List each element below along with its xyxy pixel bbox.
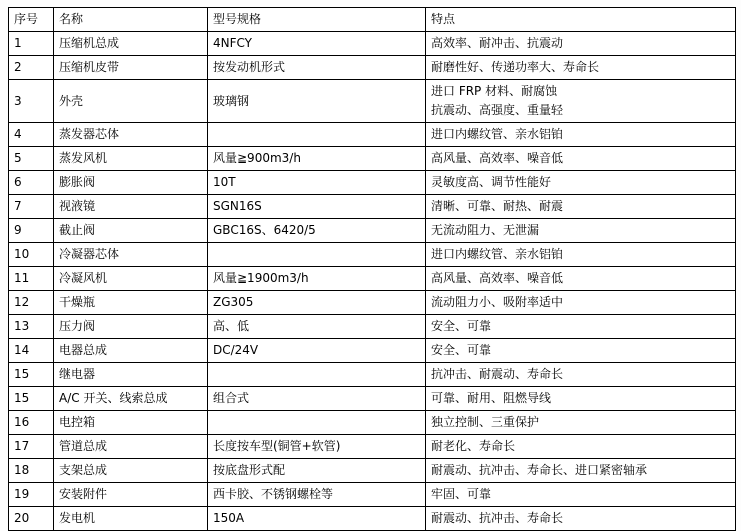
table-row: 10冷凝器芯体进口内螺纹管、亲水铝铂 <box>9 243 736 267</box>
table-row: 18支架总成按底盘形式配耐震动、抗冲击、寿命长、进口紧密轴承 <box>9 459 736 483</box>
cell-features: 进口 FRP 材料、耐腐蚀 抗震动、高强度、重量轻 <box>426 80 736 123</box>
table-row: 6膨胀阀10T灵敏度高、调节性能好 <box>9 171 736 195</box>
cell-spec: 高、低 <box>208 315 426 339</box>
cell-name: 压力阀 <box>54 315 208 339</box>
cell-no: 9 <box>9 219 54 243</box>
cell-name: 蒸发器芯体 <box>54 123 208 147</box>
cell-no: 1 <box>9 32 54 56</box>
cell-features: 灵敏度高、调节性能好 <box>426 171 736 195</box>
table-row: 13压力阀高、低安全、可靠 <box>9 315 736 339</box>
cell-spec: 150A <box>208 507 426 531</box>
header-row: 序号 名称 型号规格 特点 <box>9 8 736 32</box>
cell-no: 7 <box>9 195 54 219</box>
cell-spec: 西卡胶、不锈钢螺栓等 <box>208 483 426 507</box>
cell-spec: 按底盘形式配 <box>208 459 426 483</box>
cell-spec: SGN16S <box>208 195 426 219</box>
cell-features: 耐磨性好、传递功率大、寿命长 <box>426 56 736 80</box>
cell-features: 流动阻力小、吸附率适中 <box>426 291 736 315</box>
spec-table: 序号 名称 型号规格 特点 1压缩机总成4NFCY高效率、耐冲击、抗震动2压缩机… <box>8 7 736 531</box>
cell-spec <box>208 363 426 387</box>
table-row: 15A/C 开关、线索总成组合式可靠、耐用、阻燃导线 <box>9 387 736 411</box>
cell-name: 电控箱 <box>54 411 208 435</box>
cell-spec: 10T <box>208 171 426 195</box>
cell-spec <box>208 411 426 435</box>
cell-no: 17 <box>9 435 54 459</box>
cell-no: 13 <box>9 315 54 339</box>
cell-name: 安装附件 <box>54 483 208 507</box>
cell-features: 清晰、可靠、耐热、耐震 <box>426 195 736 219</box>
cell-no: 2 <box>9 56 54 80</box>
cell-spec: 按发动机形式 <box>208 56 426 80</box>
table-row: 4蒸发器芯体进口内螺纹管、亲水铝铂 <box>9 123 736 147</box>
cell-spec: 长度按车型(铜管+软管) <box>208 435 426 459</box>
header-spec: 型号规格 <box>208 8 426 32</box>
cell-no: 20 <box>9 507 54 531</box>
cell-no: 3 <box>9 80 54 123</box>
cell-features: 高效率、耐冲击、抗震动 <box>426 32 736 56</box>
table-row: 20发电机150A耐震动、抗冲击、寿命长 <box>9 507 736 531</box>
cell-spec <box>208 123 426 147</box>
header-name: 名称 <box>54 8 208 32</box>
cell-features: 耐震动、抗冲击、寿命长、进口紧密轴承 <box>426 459 736 483</box>
cell-name: 视液镜 <box>54 195 208 219</box>
spec-table-body: 1压缩机总成4NFCY高效率、耐冲击、抗震动2压缩机皮带按发动机形式耐磨性好、传… <box>9 32 736 531</box>
table-row: 17管道总成长度按车型(铜管+软管)耐老化、寿命长 <box>9 435 736 459</box>
header-features: 特点 <box>426 8 736 32</box>
cell-no: 15 <box>9 363 54 387</box>
cell-features: 高风量、高效率、噪音低 <box>426 147 736 171</box>
header-no: 序号 <box>9 8 54 32</box>
table-row: 7视液镜SGN16S清晰、可靠、耐热、耐震 <box>9 195 736 219</box>
cell-name: 干燥瓶 <box>54 291 208 315</box>
cell-spec: 风量≧900m3/h <box>208 147 426 171</box>
table-row: 19安装附件西卡胶、不锈钢螺栓等牢固、可靠 <box>9 483 736 507</box>
cell-spec: ZG305 <box>208 291 426 315</box>
cell-spec: 玻璃钢 <box>208 80 426 123</box>
table-row: 14电器总成DC/24V安全、可靠 <box>9 339 736 363</box>
cell-spec: GBC16S、6420/5 <box>208 219 426 243</box>
cell-features: 安全、可靠 <box>426 315 736 339</box>
cell-no: 6 <box>9 171 54 195</box>
cell-name: 继电器 <box>54 363 208 387</box>
cell-name: 外壳 <box>54 80 208 123</box>
cell-name: 压缩机皮带 <box>54 56 208 80</box>
cell-name: 蒸发风机 <box>54 147 208 171</box>
cell-name: 膨胀阀 <box>54 171 208 195</box>
cell-spec: DC/24V <box>208 339 426 363</box>
cell-no: 4 <box>9 123 54 147</box>
cell-features: 进口内螺纹管、亲水铝铂 <box>426 123 736 147</box>
cell-name: 电器总成 <box>54 339 208 363</box>
cell-features: 耐震动、抗冲击、寿命长 <box>426 507 736 531</box>
cell-features: 可靠、耐用、阻燃导线 <box>426 387 736 411</box>
cell-features: 安全、可靠 <box>426 339 736 363</box>
table-row: 5蒸发风机风量≧900m3/h高风量、高效率、噪音低 <box>9 147 736 171</box>
table-row: 2压缩机皮带按发动机形式耐磨性好、传递功率大、寿命长 <box>9 56 736 80</box>
cell-no: 10 <box>9 243 54 267</box>
cell-name: 支架总成 <box>54 459 208 483</box>
cell-no: 12 <box>9 291 54 315</box>
cell-spec: 4NFCY <box>208 32 426 56</box>
spec-table-container: 序号 名称 型号规格 特点 1压缩机总成4NFCY高效率、耐冲击、抗震动2压缩机… <box>8 7 736 531</box>
cell-name: 冷凝风机 <box>54 267 208 291</box>
cell-name: 截止阀 <box>54 219 208 243</box>
table-row: 3外壳玻璃钢进口 FRP 材料、耐腐蚀 抗震动、高强度、重量轻 <box>9 80 736 123</box>
cell-name: A/C 开关、线索总成 <box>54 387 208 411</box>
table-row: 16电控箱独立控制、三重保护 <box>9 411 736 435</box>
cell-no: 19 <box>9 483 54 507</box>
cell-name: 冷凝器芯体 <box>54 243 208 267</box>
cell-features: 进口内螺纹管、亲水铝铂 <box>426 243 736 267</box>
cell-features: 耐老化、寿命长 <box>426 435 736 459</box>
table-row: 9截止阀GBC16S、6420/5无流动阻力、无泄漏 <box>9 219 736 243</box>
cell-name: 发电机 <box>54 507 208 531</box>
cell-no: 18 <box>9 459 54 483</box>
table-row: 11冷凝风机风量≧1900m3/h高风量、高效率、噪音低 <box>9 267 736 291</box>
cell-no: 5 <box>9 147 54 171</box>
table-row: 12干燥瓶ZG305流动阻力小、吸附率适中 <box>9 291 736 315</box>
cell-features: 无流动阻力、无泄漏 <box>426 219 736 243</box>
cell-features: 高风量、高效率、噪音低 <box>426 267 736 291</box>
cell-features: 抗冲击、耐震动、寿命长 <box>426 363 736 387</box>
cell-no: 11 <box>9 267 54 291</box>
cell-no: 14 <box>9 339 54 363</box>
cell-spec: 组合式 <box>208 387 426 411</box>
cell-features: 牢固、可靠 <box>426 483 736 507</box>
cell-spec <box>208 243 426 267</box>
table-row: 1压缩机总成4NFCY高效率、耐冲击、抗震动 <box>9 32 736 56</box>
cell-name: 压缩机总成 <box>54 32 208 56</box>
cell-features: 独立控制、三重保护 <box>426 411 736 435</box>
cell-no: 15 <box>9 387 54 411</box>
cell-no: 16 <box>9 411 54 435</box>
table-row: 15继电器抗冲击、耐震动、寿命长 <box>9 363 736 387</box>
cell-name: 管道总成 <box>54 435 208 459</box>
cell-spec: 风量≧1900m3/h <box>208 267 426 291</box>
